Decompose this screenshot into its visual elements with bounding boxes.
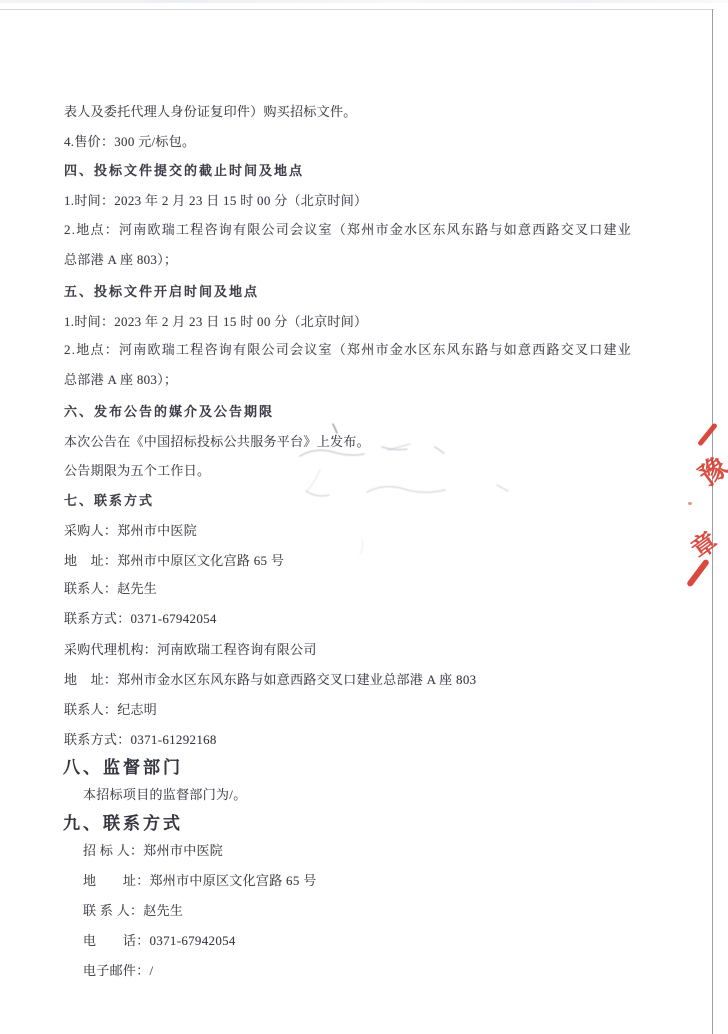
document-line: 地 址：郑州市中原区文化宫路 65 号 (64, 552, 284, 570)
document-line: 电 话：0371-67942054 (83, 932, 236, 950)
document-line: 4.售价：300 元/标包。 (64, 133, 195, 151)
stamp-arc-top (697, 422, 718, 446)
document-line: 七、联系方式 (64, 492, 154, 510)
document-line: 1.时间：2023 年 2 月 23 日 15 时 00 分（北京时间） (64, 192, 367, 210)
document-line: 九、联系方式 (63, 813, 183, 835)
document-line: 本招标项目的监督部门为/。 (83, 786, 247, 804)
document-line: 采购人：郑州市中医院 (64, 522, 197, 540)
document-line: 1.时间：2023 年 2 月 23 日 15 时 00 分（北京时间） (64, 313, 367, 331)
document-line: 2.地点：河南欧瑞工程咨询有限公司会议室（郑州市金水区东风东路与如意西路交叉口建… (64, 341, 632, 359)
document-line: 采购代理机构：河南欧瑞工程咨询有限公司 (64, 641, 317, 659)
document-line: 本次公告在《中国招标投标公共服务平台》上发布。 (64, 433, 370, 451)
stamp-dot (688, 502, 692, 505)
stamp-character: 豫 (689, 446, 728, 493)
document-line: 联系人：纪志明 (64, 701, 157, 719)
document-line: 联 系 人：赵先生 (83, 902, 183, 920)
document-line: 2.地点：河南欧瑞工程咨询有限公司会议室（郑州市金水区东风东路与如意西路交叉口建… (64, 221, 632, 239)
stamp-arc-bottom (686, 558, 710, 587)
document-line: 八、监督部门 (63, 757, 183, 779)
document-line: 地 址：郑州市中原区文化宫路 65 号 (83, 872, 317, 890)
document-line: 总部港 A 座 803）； (64, 251, 177, 269)
document-line: 六、发布公告的媒介及公告期限 (64, 403, 274, 421)
document-line: 电子邮件：/ (83, 962, 153, 980)
document-line: 公告期限为五个工作日。 (64, 462, 210, 480)
document-body: 表人及委托代理人身份证复印件）购买招标文件。4.售价：300 元/标包。四、投标… (0, 0, 728, 1034)
document-line: 五、投标文件开启时间及地点 (64, 283, 259, 301)
document-line: 招 标 人：郑州市中医院 (83, 842, 223, 860)
red-seal-stamp: 豫 章 (678, 424, 728, 594)
scanned-page: 表人及委托代理人身份证复印件）购买招标文件。4.售价：300 元/标包。四、投标… (0, 0, 728, 1034)
document-line: 联系方式：0371-67942054 (64, 610, 217, 628)
document-line: 总部港 A 座 803）； (64, 371, 177, 389)
document-line: 联系方式：0371-61292168 (64, 731, 217, 749)
document-line: 联系人：赵先生 (64, 580, 157, 598)
document-line: 表人及委托代理人身份证复印件）购买招标文件。 (64, 103, 357, 121)
document-line: 地 址：郑州市金水区东风东路与如意西路交叉口建业总部港 A 座 803 (64, 671, 476, 689)
document-line: 四、投标文件提交的截止时间及地点 (64, 162, 304, 180)
